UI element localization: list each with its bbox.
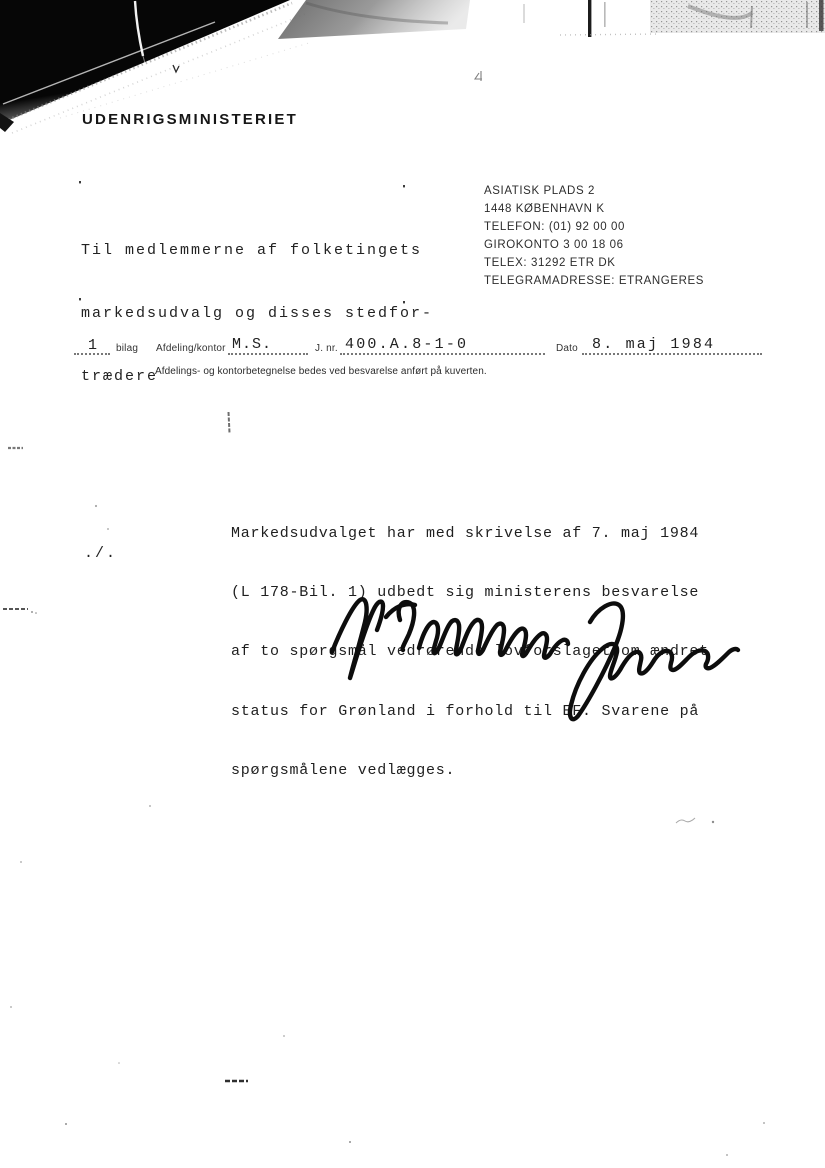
department-value: M.S.	[232, 336, 272, 353]
address-line: TELEX: 31292 ETR DK	[484, 254, 704, 272]
envelope-note: Afdelings- og kontorbetegnelse bedes ved…	[155, 366, 487, 377]
recipient-line: Til medlemmerne af folketingets	[81, 240, 433, 261]
body-line: spørgsmålene vedlægges.	[231, 761, 709, 781]
bilag-count: 1	[88, 337, 97, 354]
department-label: Afdeling/kontor	[156, 343, 226, 354]
gray-trapezoid-artifact	[278, 0, 470, 39]
recipient-line: markedsudvalg og disses stedfor-	[81, 303, 433, 324]
journal-label: J. nr.	[315, 343, 338, 354]
body-line: Markedsudvalget har med skrivelse af 7. …	[231, 524, 709, 544]
journal-value: 400.A.8-1-0	[345, 336, 468, 353]
address-line: 1448 KØBENHAVN K	[484, 200, 704, 218]
address-line: TELEFON: (01) 92 00 00	[484, 218, 704, 236]
bilag-label: bilag	[116, 343, 138, 354]
enclosure-mark: ./.	[84, 545, 117, 562]
address-line: GIROKONTO 3 00 18 06	[484, 236, 704, 254]
date-value: 8. maj 1984	[592, 336, 715, 353]
address-line: ASIATISK PLADS 2	[484, 182, 704, 200]
address-line: TELEGRAMADRESSE: ETRANGERES	[484, 272, 704, 290]
letterhead-address-block: ASIATISK PLADS 2 1448 KØBENHAVN K TELEFO…	[484, 182, 704, 290]
ministry-title: UDENRIGSMINISTERIET	[82, 111, 298, 128]
recipient-block: Til medlemmerne af folketingets markedsu…	[81, 198, 433, 429]
scanned-letter-page: UDENRIGSMINISTERIET Til medlemmerne af f…	[0, 0, 825, 1168]
date-label: Dato	[556, 343, 578, 354]
signature-handwriting	[322, 590, 742, 730]
